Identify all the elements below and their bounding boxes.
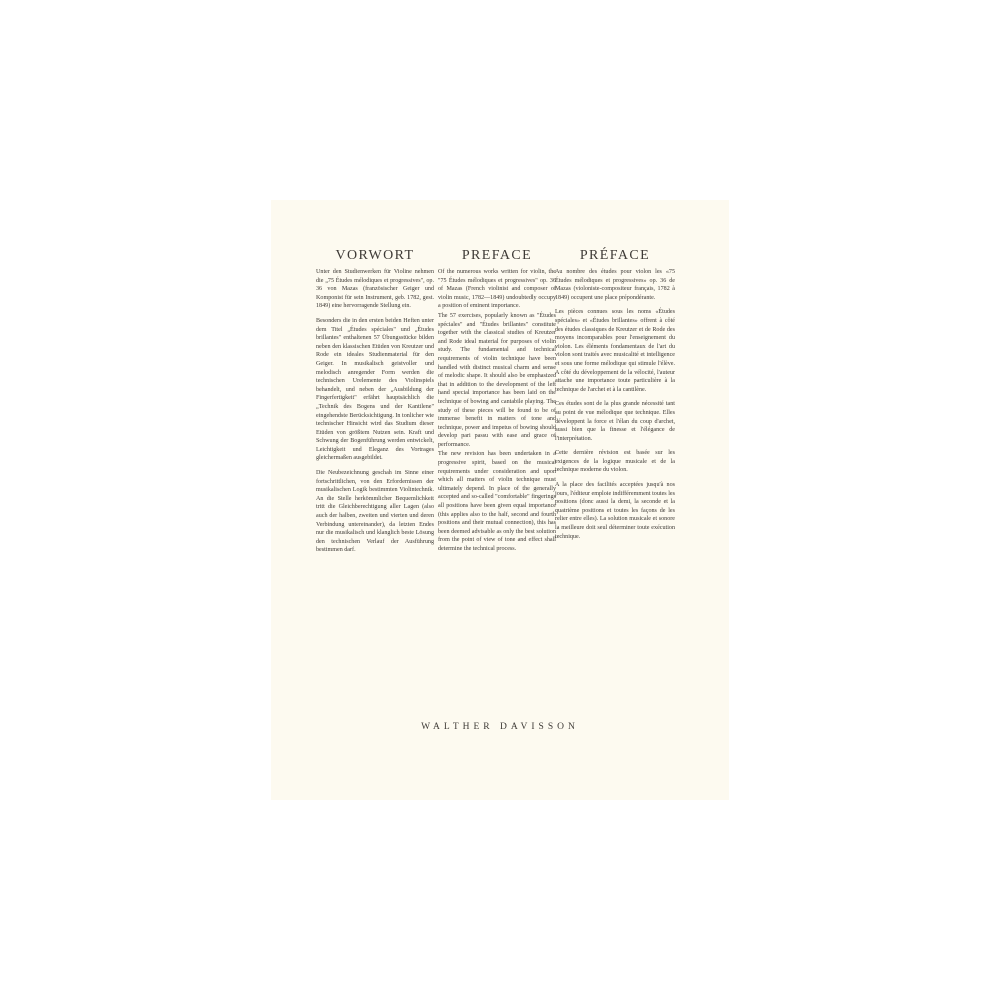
paragraph: A la place des facilités acceptées jusqu… bbox=[555, 481, 675, 541]
paragraph: Of the numerous works written for violin… bbox=[438, 268, 556, 311]
heading-preface-fr: PRÉFACE bbox=[555, 248, 675, 264]
paragraph: The 57 exercises, popularly known as "Ét… bbox=[438, 312, 556, 450]
paragraph: Ces études sont de la plus grande nécess… bbox=[555, 400, 675, 443]
heading-preface: PREFACE bbox=[438, 248, 556, 264]
column-french: PRÉFACE Au nombre des études pour violon… bbox=[555, 248, 675, 547]
column-english: PREFACE Of the numerous works written fo… bbox=[438, 248, 556, 555]
paragraph: Die Neubezeichnung geschah im Sinne eine… bbox=[316, 469, 434, 555]
paragraph: Besonders die in den ersten beiden Hefte… bbox=[316, 317, 434, 463]
document-page: VORWORT Unter den Studienwerken für Viol… bbox=[271, 200, 729, 800]
paragraph: The new revision has been undertaken in … bbox=[438, 450, 556, 553]
paragraph: Unter den Studienwerken für Violine nehm… bbox=[316, 268, 434, 311]
paragraph: Les pièces connues sous les noms «Études… bbox=[555, 308, 675, 394]
column-german: VORWORT Unter den Studienwerken für Viol… bbox=[316, 248, 434, 561]
paragraph: Au nombre des études pour violon les «75… bbox=[555, 268, 675, 302]
paragraph: Cette dernière révision est basée sur le… bbox=[555, 449, 675, 475]
heading-vorwort: VORWORT bbox=[316, 248, 434, 264]
author-signature: WALTHER DAVISSON bbox=[271, 722, 729, 732]
